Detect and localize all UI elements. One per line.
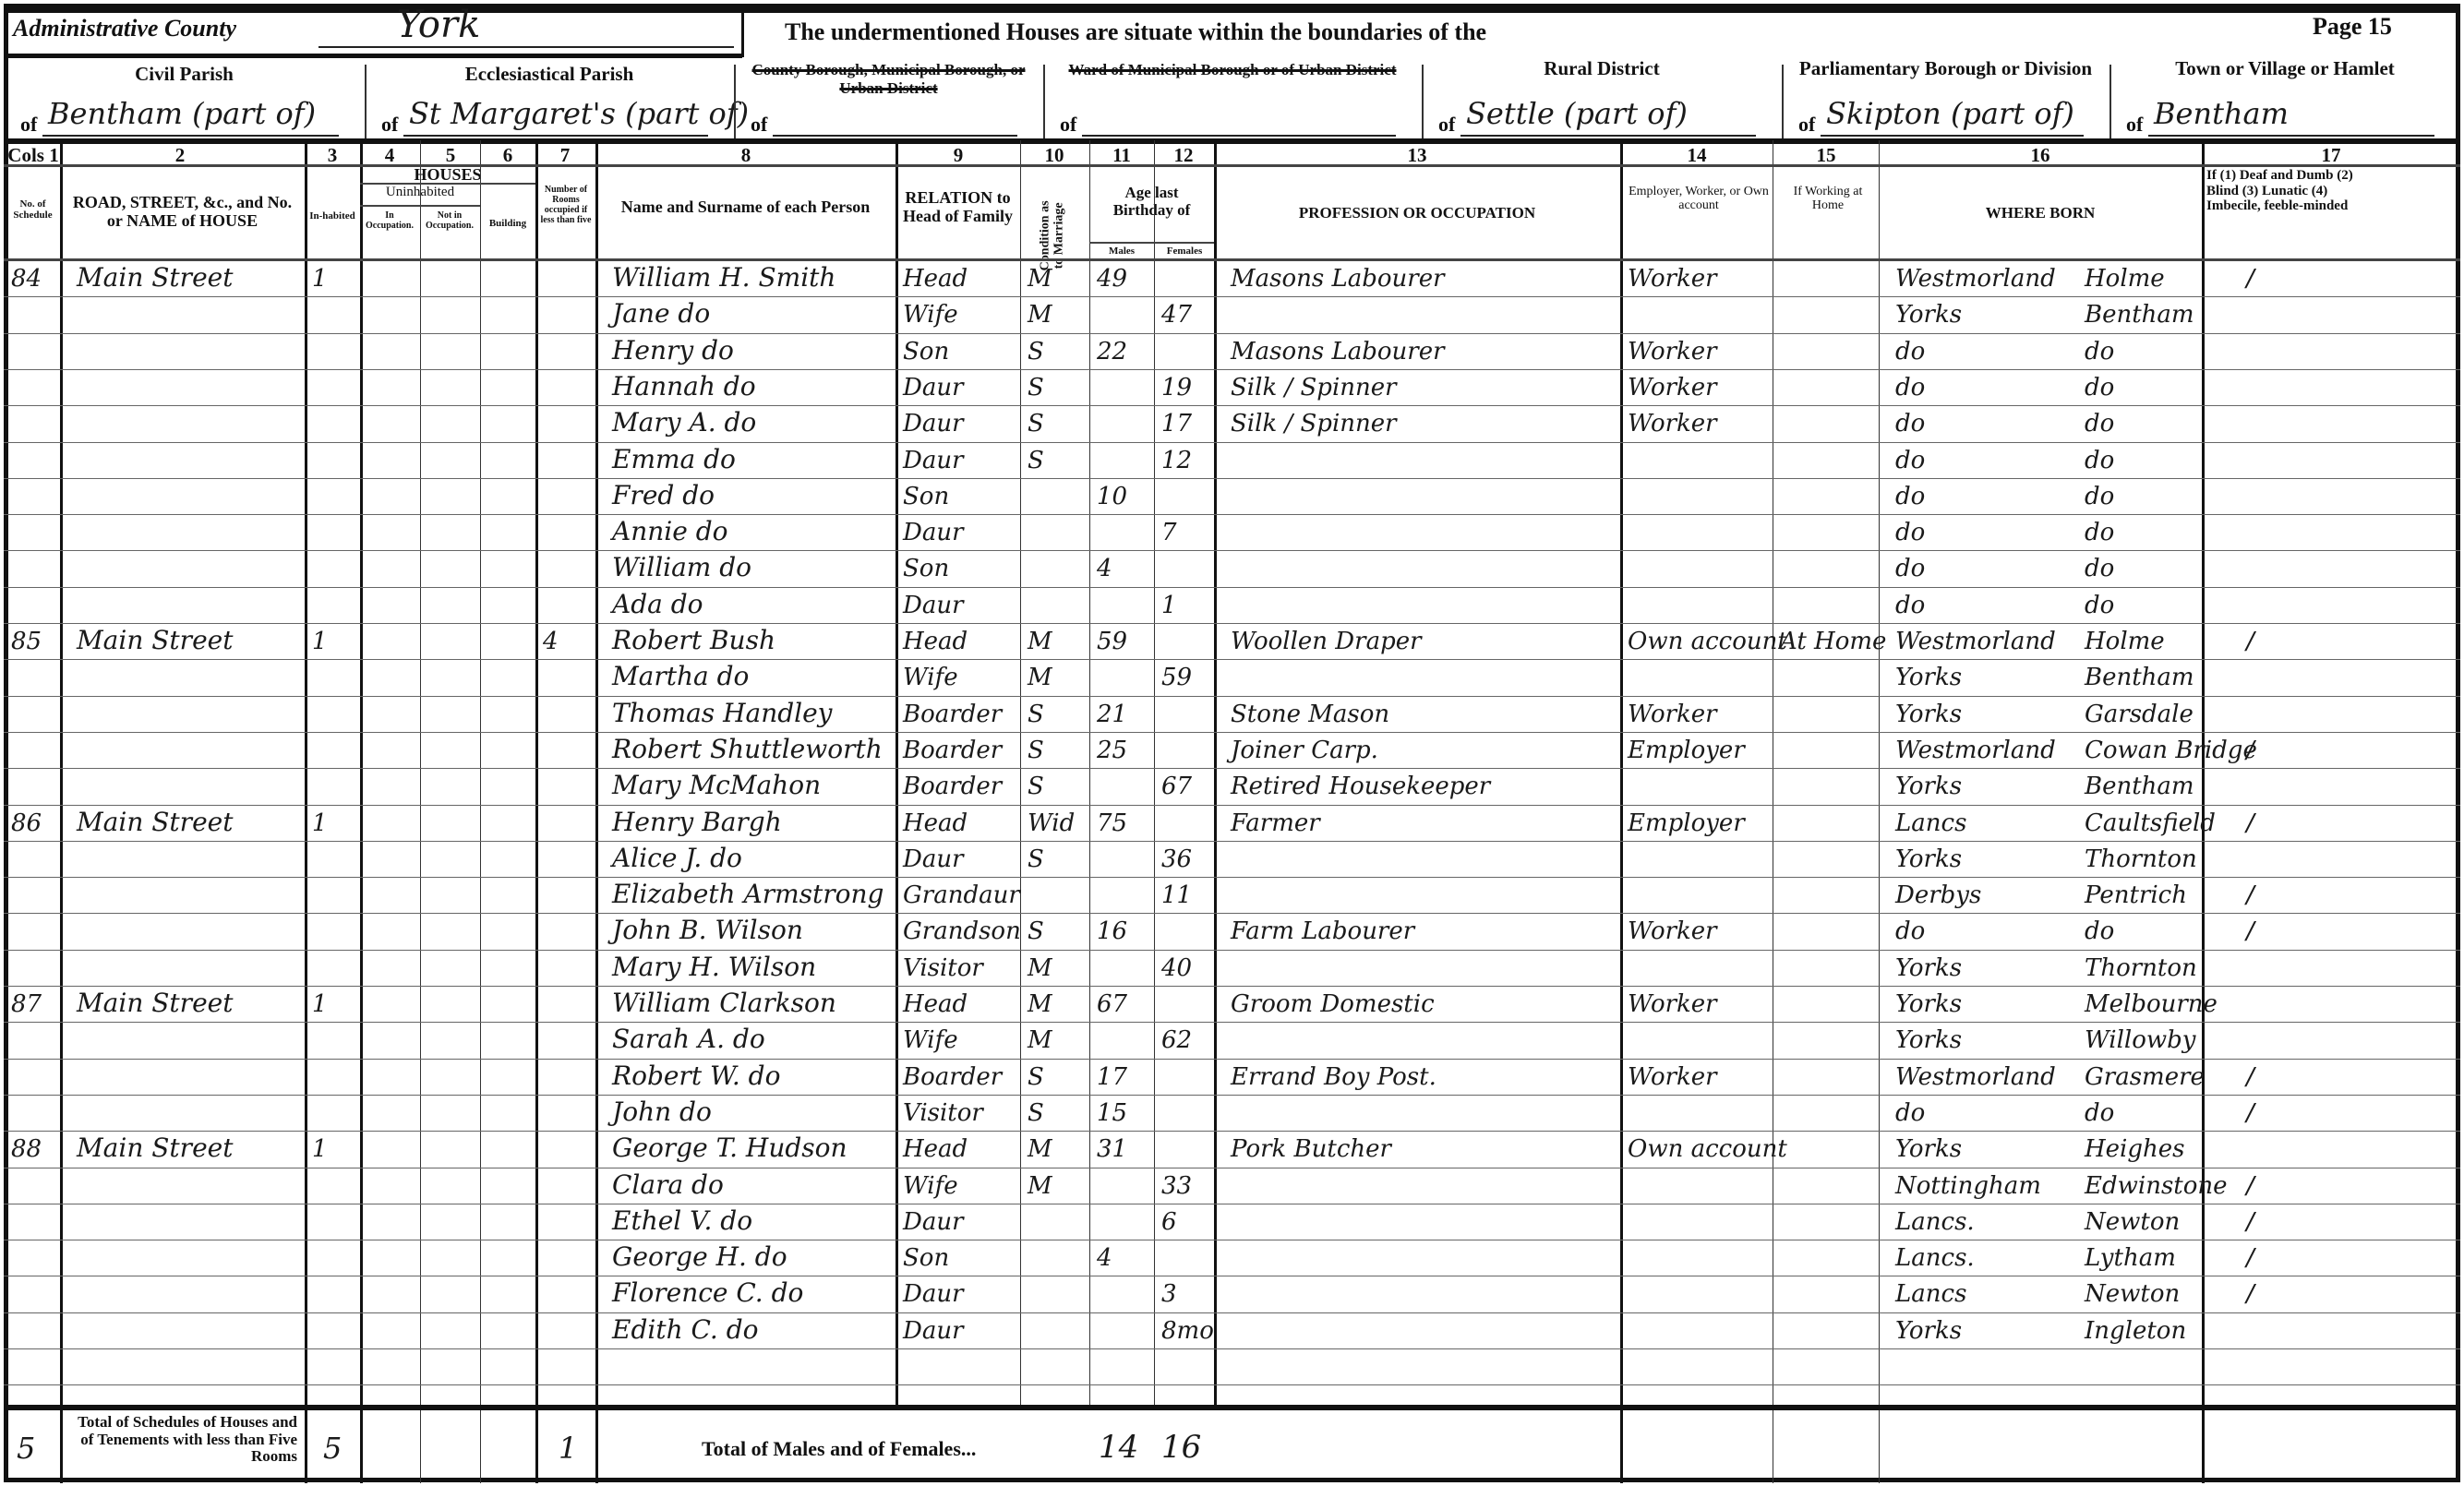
row-at-home: [1780, 442, 1879, 478]
row-born-county: Westmorland: [1895, 732, 2077, 768]
row-inhabited: [312, 841, 360, 877]
row-road: [77, 1312, 305, 1348]
row-inhabited: [312, 1022, 360, 1058]
row-rooms: [543, 296, 595, 332]
row-schedule: [11, 950, 60, 986]
row-relation: Head: [903, 986, 1020, 1022]
col-number: 5: [423, 144, 478, 167]
row-infirmity: [2209, 1022, 2460, 1058]
row-condition: [1028, 478, 1089, 514]
row-relation: Wife: [903, 1168, 1020, 1204]
row-female-age: [1161, 696, 1214, 732]
row-occupation: [1231, 478, 1620, 514]
row-born-county: Lancs.: [1895, 1204, 2077, 1240]
row-road: [77, 333, 305, 369]
row-condition: S: [1028, 841, 1089, 877]
area-fill-line: [2148, 135, 2434, 137]
area-value: Skipton (part of): [1826, 96, 2074, 131]
table-row: John B. WilsonGrandsonS16Farm LabourerWo…: [0, 913, 2464, 949]
row-employer: [1628, 587, 1773, 623]
row-occupation: [1231, 1312, 1620, 1348]
row-female-age: 3: [1161, 1276, 1214, 1312]
row-born-place: Bentham: [2085, 768, 2202, 804]
row-schedule: [11, 405, 60, 441]
row-relation: Boarder: [903, 696, 1020, 732]
row-infirmity: [2209, 296, 2460, 332]
row-inhabited: [312, 659, 360, 695]
row-name: Thomas Handley: [612, 696, 895, 732]
row-female-age: 67: [1161, 768, 1214, 804]
col-males-header: Males: [1091, 246, 1152, 257]
row-at-home: [1780, 732, 1879, 768]
table-row: John doVisitorS15dodo/: [0, 1095, 2464, 1131]
row-schedule: [11, 514, 60, 550]
row-born-place: Holme: [2085, 623, 2202, 659]
row-relation: Daur: [903, 1204, 1020, 1240]
row-male-age: [1097, 768, 1154, 804]
row-rooms: [543, 1204, 595, 1240]
total-schedules-count: 5: [17, 1431, 35, 1466]
row-female-age: 17: [1161, 405, 1214, 441]
row-condition: M: [1028, 296, 1089, 332]
row-road: Main Street: [77, 805, 305, 841]
row-road: [77, 1168, 305, 1204]
table-row: George H. doSon4Lancs.Lytham/: [0, 1240, 2464, 1276]
row-relation: Daur: [903, 1276, 1020, 1312]
row-employer: Worker: [1628, 986, 1773, 1022]
area-value: Settle (part of): [1466, 96, 1688, 131]
total-females: 16: [1161, 1429, 1201, 1466]
table-row: Robert W. doBoarderS17Errand Boy Post.Wo…: [0, 1059, 2464, 1095]
row-inhabited: [312, 950, 360, 986]
row-name: Alice J. do: [612, 841, 895, 877]
row-infirmity: /: [2209, 260, 2460, 296]
row-female-age: 12: [1161, 442, 1214, 478]
row-at-home: [1780, 696, 1879, 732]
row-female-age: [1161, 478, 1214, 514]
row-inhabited: [312, 442, 360, 478]
totals-divider: [4, 1405, 2460, 1410]
row-rooms: [543, 805, 595, 841]
row-male-age: [1097, 1276, 1154, 1312]
row-occupation: [1231, 587, 1620, 623]
table-row: 84Main Street1William H. SmithHeadM49Mas…: [0, 260, 2464, 296]
table-row: Edith C. doDaur8moYorksIngleton: [0, 1312, 2464, 1348]
row-at-home: [1780, 1059, 1879, 1095]
boundaries-text: The undermentioned Houses are situate wi…: [785, 18, 1486, 46]
total-persons-label: Total of Males and of Females...: [702, 1438, 976, 1460]
row-road: [77, 1022, 305, 1058]
table-row: 85Main Street14Robert BushHeadM59Woollen…: [0, 623, 2464, 659]
area-fill-line: [1460, 135, 1756, 137]
row-female-age: 40: [1161, 950, 1214, 986]
row-occupation: Silk / Spinner: [1231, 369, 1620, 405]
row-schedule: 84: [11, 260, 60, 296]
row-employer: Worker: [1628, 333, 1773, 369]
col-name-header: Name and Surname of each Person: [600, 198, 891, 217]
row-inhabited: [312, 478, 360, 514]
area-of-label: of: [1438, 113, 1455, 137]
row-inhabited: [312, 514, 360, 550]
row-female-age: 62: [1161, 1022, 1214, 1058]
row-born-place: Thornton: [2085, 841, 2202, 877]
row-name: Edith C. do: [612, 1312, 895, 1348]
houses-divider: [360, 183, 535, 185]
row-infirmity: [2209, 550, 2460, 586]
row-relation: Visitor: [903, 950, 1020, 986]
row-condition: M: [1028, 1168, 1089, 1204]
row-name: Henry do: [612, 333, 895, 369]
row-born-place: Newton: [2085, 1204, 2202, 1240]
row-employer: [1628, 1276, 1773, 1312]
table-row: 88Main Street1George T. HudsonHeadM31Por…: [0, 1131, 2464, 1167]
row-inhabited: [312, 369, 360, 405]
row-road: [77, 913, 305, 949]
row-at-home: [1780, 986, 1879, 1022]
row-female-age: 19: [1161, 369, 1214, 405]
area-divider: [1043, 65, 1045, 138]
col-number: 16: [2013, 144, 2068, 167]
row-inhabited: 1: [312, 623, 360, 659]
row-at-home: [1780, 1240, 1879, 1276]
row-occupation: Farmer: [1231, 805, 1620, 841]
row-condition: S: [1028, 1059, 1089, 1095]
row-born-place: Caultsfield: [2085, 805, 2202, 841]
row-born-place: do: [2085, 369, 2202, 405]
row-road: [77, 732, 305, 768]
row-employer: [1628, 1240, 1773, 1276]
row-female-age: [1161, 913, 1214, 949]
row-rooms: [543, 1240, 595, 1276]
row-name: Emma do: [612, 442, 895, 478]
row-occupation: Silk / Spinner: [1231, 405, 1620, 441]
row-employer: Employer: [1628, 805, 1773, 841]
row-condition: [1028, 587, 1089, 623]
row-condition: M: [1028, 950, 1089, 986]
row-inhabited: 1: [312, 805, 360, 841]
col-infirmity-header: If (1) Deaf and Dumb (2) Blind (3) Lunat…: [2206, 168, 2373, 214]
row-name: Martha do: [612, 659, 895, 695]
area-value: Bentham (part of): [48, 96, 316, 131]
row-name: Elizabeth Armstrong: [612, 877, 895, 913]
row-relation: Head: [903, 623, 1020, 659]
table-row: William doSon4dodo: [0, 550, 2464, 586]
row-female-age: 11: [1161, 877, 1214, 913]
row-rooms: [543, 333, 595, 369]
table-row: Ethel V. doDaur6Lancs.Newton/: [0, 1204, 2464, 1240]
table-row: Mary McMahonBoarderS67Retired Housekeepe…: [0, 768, 2464, 804]
row-inhabited: [312, 550, 360, 586]
row-at-home: [1780, 296, 1879, 332]
col-rooms-header: Number of Rooms occupied if less than fi…: [538, 185, 594, 225]
col-occupation-header: PROFESSION OR OCCUPATION: [1219, 205, 1616, 222]
row-relation: Son: [903, 550, 1020, 586]
col-number: 17: [2303, 144, 2359, 167]
row-born-county: Nottingham: [1895, 1168, 2077, 1204]
row-condition: [1028, 1240, 1089, 1276]
row-road: [77, 841, 305, 877]
total-inhabited: 5: [323, 1431, 342, 1466]
row-schedule: [11, 1348, 60, 1384]
row-relation: Grandaur: [903, 877, 1020, 913]
row-born-place: Willowby: [2085, 1022, 2202, 1058]
row-occupation: [1231, 950, 1620, 986]
row-relation: Daur: [903, 369, 1020, 405]
row-born-place: do: [2085, 478, 2202, 514]
row-schedule: [11, 1022, 60, 1058]
area-label: Civil Parish: [4, 63, 365, 86]
row-born-county: Yorks: [1895, 768, 2077, 804]
area-value: Bentham: [2154, 96, 2289, 131]
row-male-age: [1097, 1348, 1154, 1384]
row-born-county: Yorks: [1895, 1022, 2077, 1058]
row-male-age: 15: [1097, 1095, 1154, 1131]
row-born-county: Lancs.: [1895, 1240, 2077, 1276]
row-relation: Grandson: [903, 913, 1020, 949]
row-name: Henry Bargh: [612, 805, 895, 841]
row-relation: Boarder: [903, 732, 1020, 768]
row-road: [77, 587, 305, 623]
row-born-place: Heighes: [2085, 1131, 2202, 1167]
area-divider: [2109, 65, 2111, 138]
row-employer: [1628, 1204, 1773, 1240]
row-born-place: Newton: [2085, 1276, 2202, 1312]
area-fill-line: [403, 135, 708, 137]
table-row: Martha doWifeM59YorksBentham: [0, 659, 2464, 695]
row-female-age: 59: [1161, 659, 1214, 695]
row-road: [77, 1348, 305, 1384]
row-rooms: [543, 1168, 595, 1204]
col-number: 9: [931, 144, 986, 167]
area-fill-line: [773, 135, 1017, 137]
row-road: [77, 877, 305, 913]
col-age-header: Age last Birthday of: [1094, 185, 1209, 219]
row-road: [77, 550, 305, 586]
row-schedule: 85: [11, 623, 60, 659]
row-infirmity: [2209, 333, 2460, 369]
row-inhabited: [312, 333, 360, 369]
row-inhabited: [312, 1204, 360, 1240]
row-male-age: [1097, 1204, 1154, 1240]
area-label: Ward of Municipal Borough or of Urban Di…: [1043, 61, 1422, 79]
row-infirmity: [2209, 369, 2460, 405]
row-name: Ada do: [612, 587, 895, 623]
row-inhabited: [312, 913, 360, 949]
table-row: Mary A. doDaurS17Silk / SpinnerWorkerdod…: [0, 405, 2464, 441]
area-fill-line: [1821, 135, 2084, 137]
row-occupation: [1231, 1240, 1620, 1276]
area-label: Parliamentary Borough or Division: [1782, 57, 2109, 80]
row-at-home: [1780, 1276, 1879, 1312]
row-road: [77, 1059, 305, 1095]
row-born-county: Yorks: [1895, 950, 2077, 986]
row-at-home: [1780, 805, 1879, 841]
row-at-home: [1780, 1312, 1879, 1348]
row-male-age: [1097, 950, 1154, 986]
row-inhabited: 1: [312, 1131, 360, 1167]
row-male-age: [1097, 1168, 1154, 1204]
row-female-age: [1161, 623, 1214, 659]
area-of-label: of: [1060, 113, 1076, 137]
row-condition: [1028, 514, 1089, 550]
row-road: Main Street: [77, 623, 305, 659]
row-road: [77, 296, 305, 332]
row-female-age: [1161, 1059, 1214, 1095]
row-at-home: [1780, 260, 1879, 296]
row-employer: [1628, 877, 1773, 913]
row-employer: [1628, 514, 1773, 550]
area-label: Ecclesiastical Parish: [365, 63, 734, 86]
row-inhabited: [312, 1168, 360, 1204]
row-born-county: do: [1895, 478, 2077, 514]
row-born-county: Westmorland: [1895, 623, 2077, 659]
row-employer: Own account: [1628, 623, 1773, 659]
row-infirmity: /: [2209, 623, 2460, 659]
row-inhabited: [312, 696, 360, 732]
row-occupation: Retired Housekeeper: [1231, 768, 1620, 804]
row-condition: [1028, 1204, 1089, 1240]
row-occupation: [1231, 514, 1620, 550]
row-infirmity: /: [2209, 732, 2460, 768]
row-occupation: [1231, 1095, 1620, 1131]
col-road-header: ROAD, STREET, &c., and No. or NAME of HO…: [65, 194, 300, 231]
row-female-age: 6: [1161, 1204, 1214, 1240]
row-relation: Wife: [903, 1022, 1020, 1058]
row-born-county: Yorks: [1895, 696, 2077, 732]
row-name: Jane do: [612, 296, 895, 332]
row-born-place: Edwinstone: [2085, 1168, 2202, 1204]
row-born-county: Yorks: [1895, 986, 2077, 1022]
total-schedules-label: Total of Schedules of Houses and of Tene…: [66, 1414, 297, 1466]
row-inhabited: [312, 877, 360, 913]
row-infirmity: [2209, 442, 2460, 478]
table-row: 86Main Street1Henry BarghHeadWid75Farmer…: [0, 805, 2464, 841]
row-born-county: Yorks: [1895, 659, 2077, 695]
row-schedule: [11, 659, 60, 695]
row-relation: Daur: [903, 841, 1020, 877]
row-female-age: [1161, 732, 1214, 768]
row-infirmity: /: [2209, 805, 2460, 841]
area-divider: [734, 65, 736, 138]
row-male-age: 67: [1097, 986, 1154, 1022]
row-at-home: [1780, 877, 1879, 913]
row-male-age: [1097, 514, 1154, 550]
row-relation: Visitor: [903, 1095, 1020, 1131]
area-of-label: of: [2126, 113, 2143, 137]
row-name: Sarah A. do: [612, 1022, 895, 1058]
row-relation: Daur: [903, 587, 1020, 623]
row-relation: Head: [903, 1131, 1020, 1167]
row-born-place: do: [2085, 514, 2202, 550]
row-employer: Worker: [1628, 696, 1773, 732]
row-schedule: [11, 442, 60, 478]
area-of-label: of: [1798, 113, 1815, 137]
row-occupation: [1231, 1204, 1620, 1240]
row-infirmity: [2209, 587, 2460, 623]
total-males: 14: [1099, 1429, 1138, 1466]
row-male-age: [1097, 1022, 1154, 1058]
row-condition: S: [1028, 913, 1089, 949]
row-female-age: [1161, 1095, 1214, 1131]
row-female-age: 47: [1161, 296, 1214, 332]
row-employer: Worker: [1628, 260, 1773, 296]
row-born-place: Holme: [2085, 260, 2202, 296]
row-born-county: Yorks: [1895, 1131, 2077, 1167]
col-number: 14: [1669, 144, 1725, 167]
row-schedule: [11, 296, 60, 332]
row-infirmity: [2209, 1131, 2460, 1167]
row-at-home: [1780, 1204, 1879, 1240]
row-male-age: 4: [1097, 1240, 1154, 1276]
row-schedule: [11, 1276, 60, 1312]
row-condition: S: [1028, 333, 1089, 369]
row-condition: M: [1028, 1022, 1089, 1058]
col-number: 3: [305, 144, 360, 167]
table-row: Robert ShuttleworthBoarderS25Joiner Carp…: [0, 732, 2464, 768]
col-inhabited-header: In-habited: [306, 210, 358, 222]
row-name: Clara do: [612, 1168, 895, 1204]
row-born-county: Yorks: [1895, 296, 2077, 332]
row-inhabited: 1: [312, 986, 360, 1022]
row-inhabited: [312, 296, 360, 332]
row-rooms: [543, 1312, 595, 1348]
area-of-label: of: [381, 113, 398, 137]
row-born-place: Cowan Bridge: [2085, 732, 2202, 768]
row-relation: Head: [903, 260, 1020, 296]
row-road: [77, 1204, 305, 1240]
row-road: Main Street: [77, 260, 305, 296]
row-relation: Daur: [903, 405, 1020, 441]
row-road: [77, 950, 305, 986]
row-born-place: do: [2085, 550, 2202, 586]
table-row: Alice J. doDaurS36YorksThornton: [0, 841, 2464, 877]
row-infirmity: /: [2209, 1095, 2460, 1131]
row-male-age: 49: [1097, 260, 1154, 296]
row-born-county: [1895, 1348, 2077, 1384]
row-condition: M: [1028, 659, 1089, 695]
row-employer: [1628, 1348, 1773, 1384]
row-road: [77, 478, 305, 514]
row-infirmity: [2209, 1348, 2460, 1384]
row-employer: [1628, 841, 1773, 877]
uninhabited-divider: [360, 205, 480, 207]
row-female-age: [1161, 986, 1214, 1022]
row-inhabited: [312, 1095, 360, 1131]
col-females-header: Females: [1156, 246, 1213, 257]
col-number: 11: [1094, 144, 1149, 167]
row-male-age: [1097, 405, 1154, 441]
row-at-home: [1780, 514, 1879, 550]
row-infirmity: [2209, 478, 2460, 514]
row-name: John do: [612, 1095, 895, 1131]
row-born-place: [2085, 1348, 2202, 1384]
row-rooms: [543, 841, 595, 877]
row-employer: [1628, 659, 1773, 695]
row-rooms: [543, 1059, 595, 1095]
row-employer: [1628, 296, 1773, 332]
row-occupation: Woollen Draper: [1231, 623, 1620, 659]
row-rooms: [543, 587, 595, 623]
row-at-home: [1780, 1022, 1879, 1058]
row-male-age: 17: [1097, 1059, 1154, 1095]
col-employer-header: Employer, Worker, or Own account: [1625, 185, 1773, 213]
row-relation: Son: [903, 1240, 1020, 1276]
row-condition: S: [1028, 405, 1089, 441]
row-condition: S: [1028, 369, 1089, 405]
row-relation: Daur: [903, 442, 1020, 478]
area-value: St Margaret's (part of): [409, 96, 749, 131]
row-schedule: [11, 550, 60, 586]
